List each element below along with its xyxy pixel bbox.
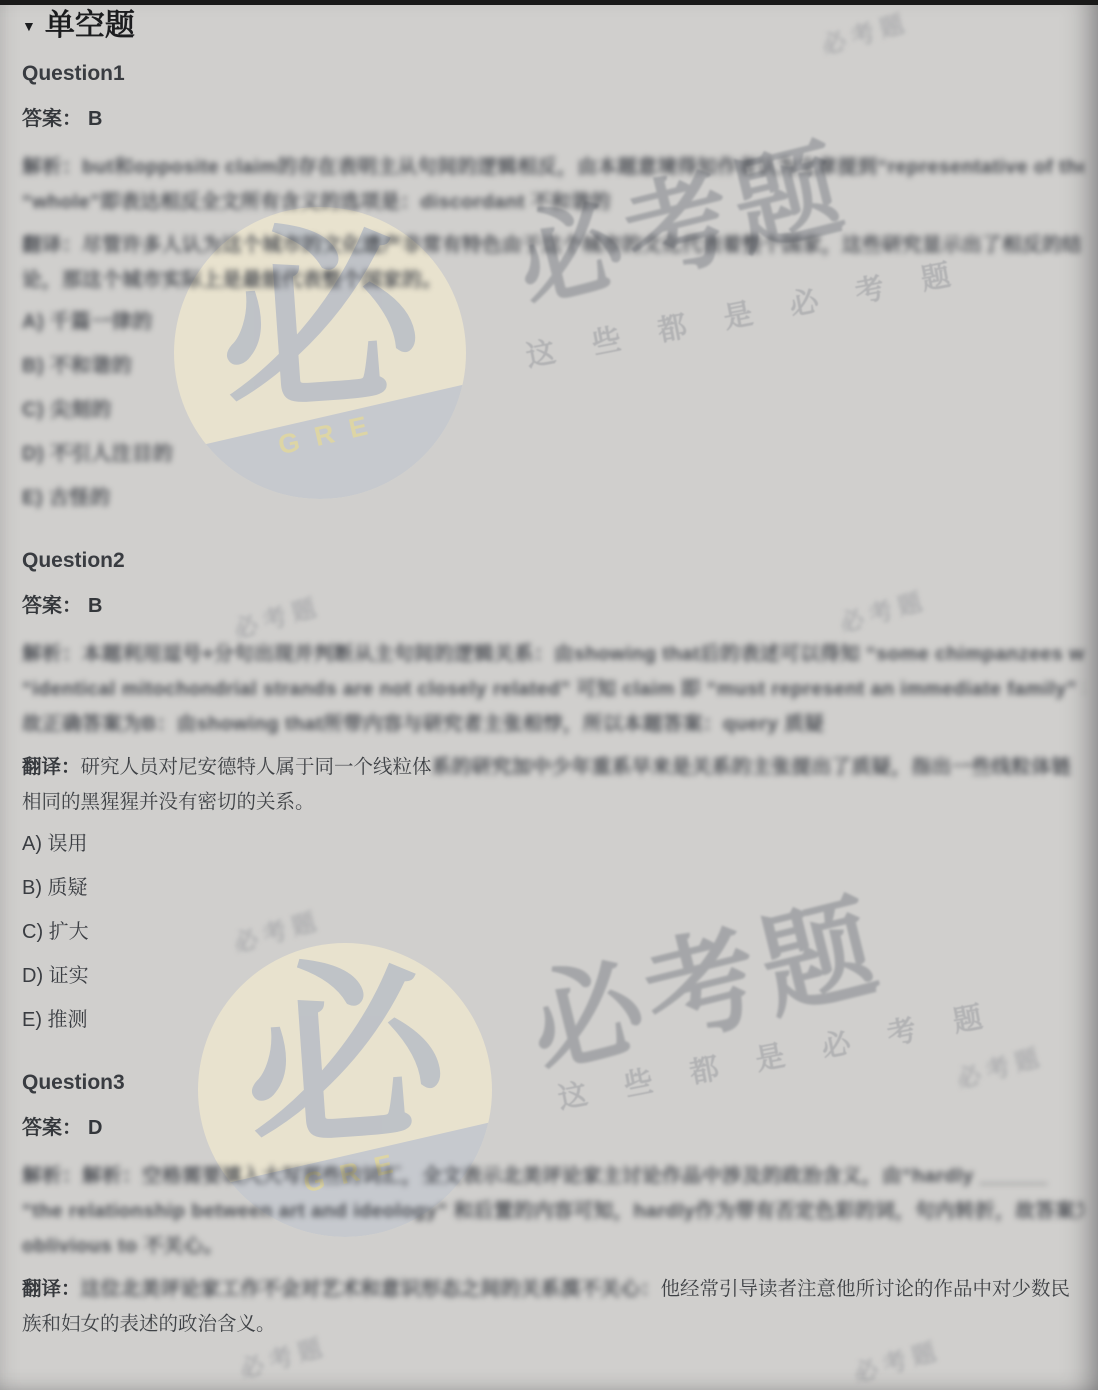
options-list: A) 误用 B) 质疑 C) 扩大 D) 证实 E) 推测 <box>22 832 1084 1033</box>
question-title: Question2 <box>22 549 1084 573</box>
option-d: D) 不引人注目的 <box>22 442 1084 467</box>
analysis-line: 解析：解析：空格需要填入大写那些的词汇，全文表示北美评论家主讨论作品中涉及的政治… <box>22 1159 1084 1194</box>
option-e: E) 推测 <box>22 1008 1084 1033</box>
analysis-paragraph: 解析：but和opposite claim的存在表明主从句间的逻辑相反，由本题意… <box>22 150 1084 220</box>
analysis-line: “identical mitochondrial strands are not… <box>22 672 1084 707</box>
translation-blurred-text: 系的研究加中少年重系早来是关系的主张提出了质疑，指出一些线粒体链 <box>432 750 1072 785</box>
translation-line: 相同的黑猩猩并没有密切的关系。 <box>22 785 1084 820</box>
translation-paragraph: 翻译：尽管许多人认为这个城市的文化遗产非常有特色由于这个城市的文化代表着整个国家… <box>22 228 1084 298</box>
answer-value: D <box>88 1117 102 1139</box>
translation-label: 翻译： <box>22 750 81 785</box>
option-a: A) 误用 <box>22 832 1084 857</box>
answer-label: 答案： <box>22 1117 82 1139</box>
option-a: A) 千篇一律的 <box>22 310 1084 335</box>
question-title: Question3 <box>22 1071 1084 1095</box>
answer-label: 答案： <box>22 108 82 130</box>
analysis-line: 故正确答案为B：由showing that所带内容与研究者主张相悖，所以本题答案… <box>22 707 1084 742</box>
answer-row: 答案：D <box>22 1115 1084 1141</box>
translation-line: 翻译：研究人员对尼安德特人属于同一个线粒体系的研究加中少年重系早来是关系的主张提… <box>22 750 1084 785</box>
analysis-line: “the relationship between art and ideolo… <box>22 1194 1084 1229</box>
analysis-line: 解析：本题利用逗号+分句出现并判断从主句间的逻辑关系：由showing that… <box>22 637 1084 672</box>
analysis-line: 解析：but和opposite claim的存在表明主从句间的逻辑相反，由本题意… <box>22 150 1084 185</box>
option-b: B) 质疑 <box>22 876 1084 901</box>
translation-clear-text: 研究人员对尼安德特人属于同一个线粒体 <box>81 750 432 785</box>
analysis-line: “whole”即表达相反全文所有含义的选项是：discordant 不和谐的 <box>22 185 1084 220</box>
analysis-line: oblivious to 不关心。 <box>22 1229 1084 1264</box>
option-e: E) 古怪的 <box>22 486 1084 511</box>
translation-clear-text: 他经常引导读者注意他所讨论的作品中对少数民 <box>661 1272 1071 1307</box>
translation-line: 翻译：这位北美评论家工作不会对艺术和意识形态之间的关系漠不关心：他经常引导读者注… <box>22 1272 1084 1307</box>
translation-paragraph: 翻译：研究人员对尼安德特人属于同一个线粒体系的研究加中少年重系早来是关系的主张提… <box>22 750 1084 820</box>
analysis-paragraph: 解析：解析：空格需要填入大写那些的词汇，全文表示北美评论家主讨论作品中涉及的政治… <box>22 1159 1084 1264</box>
option-b: B) 不和谐的 <box>22 354 1084 379</box>
translation-label: 翻译： <box>22 1272 81 1307</box>
answer-value: B <box>88 108 102 130</box>
section-header[interactable]: ▼ 单空题 <box>22 8 1084 44</box>
answer-row: 答案：B <box>22 593 1084 619</box>
question-block-3: Question3 答案：D 解析：解析：空格需要填入大写那些的词汇，全文表示北… <box>22 1071 1084 1342</box>
translation-blurred-text: 这位北美评论家工作不会对艺术和意识形态之间的关系漠不关心： <box>81 1272 661 1307</box>
worksheet-page: 必 GRE 必 GRE 必考题 这 些 都 是 必 考 题 必考题 这 些 都 … <box>0 0 1098 1390</box>
analysis-paragraph: 解析：本题利用逗号+分句出现并判断从主句间的逻辑关系：由showing that… <box>22 637 1084 742</box>
question-title: Question1 <box>22 62 1084 86</box>
option-c: C) 扩大 <box>22 920 1084 945</box>
document-content: ▼ 单空题 Question1 答案：B 解析：but和opposite cla… <box>0 0 1098 1342</box>
option-d: D) 证实 <box>22 964 1084 989</box>
answer-row: 答案：B <box>22 106 1084 132</box>
answer-label: 答案： <box>22 595 82 617</box>
translation-line: 翻译：尽管许多人认为这个城市的文化遗产非常有特色由于这个城市的文化代表着整个国家… <box>22 228 1084 263</box>
option-c: C) 尖刻的 <box>22 398 1084 423</box>
translation-line: 族和妇女的表述的政治含义。 <box>22 1307 1084 1342</box>
translation-line: 论，那这个城市实际上是最能代表整个国家的。 <box>22 263 1084 298</box>
section-title: 单空题 <box>45 8 135 44</box>
translation-paragraph: 翻译：这位北美评论家工作不会对艺术和意识形态之间的关系漠不关心：他经常引导读者注… <box>22 1272 1084 1342</box>
options-list: A) 千篇一律的 B) 不和谐的 C) 尖刻的 D) 不引人注目的 E) 古怪的 <box>22 310 1084 511</box>
question-block-1: Question1 答案：B 解析：but和opposite claim的存在表… <box>22 62 1084 511</box>
question-block-2: Question2 答案：B 解析：本题利用逗号+分句出现并判断从主句间的逻辑关… <box>22 549 1084 1033</box>
collapse-triangle-icon[interactable]: ▼ <box>22 19 36 33</box>
answer-value: B <box>88 595 102 617</box>
top-border <box>0 0 1098 5</box>
